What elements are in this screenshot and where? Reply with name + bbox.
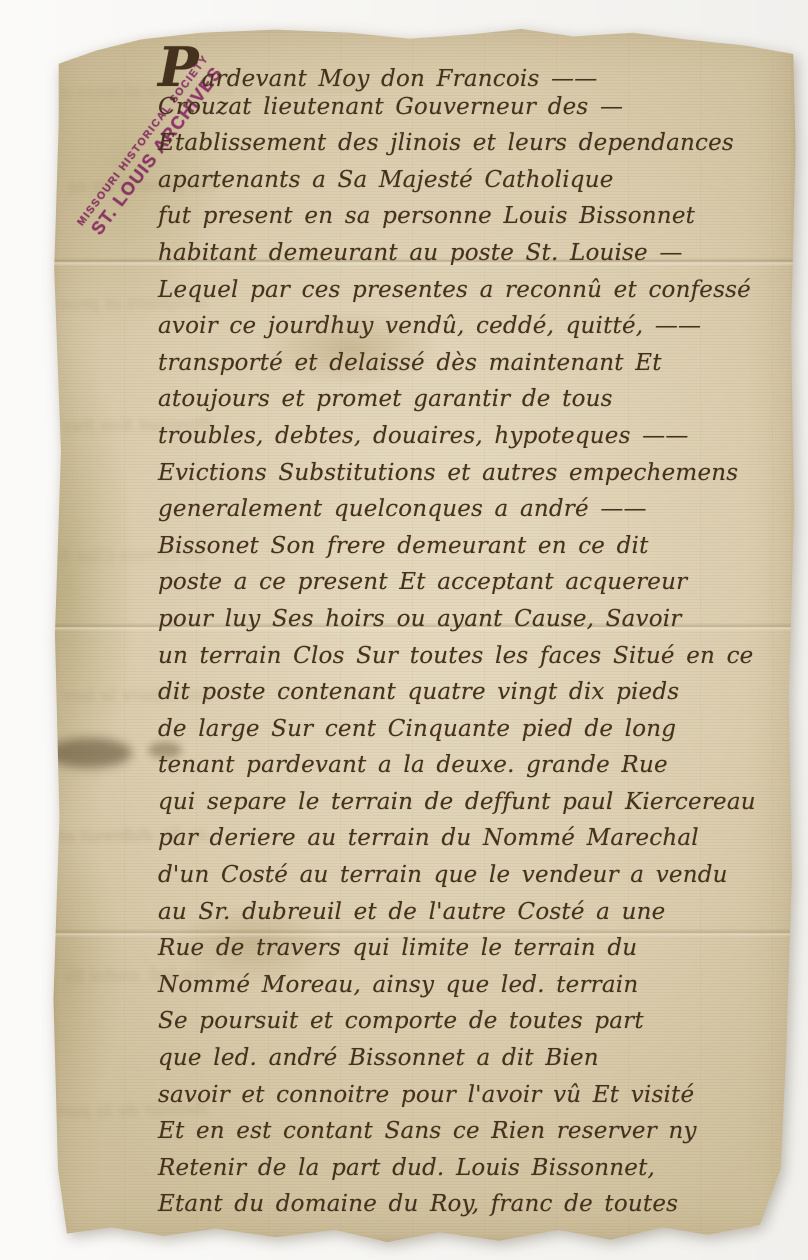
manuscript-line: generalement quelconques a andré —— [158,491,783,528]
manuscript-line: Pardevant Moy don Francois —— [158,52,783,89]
manuscript-line: avoir ce jourdhuy vendû, ceddé, quitté, … [158,308,783,345]
manuscript-line: apartenants a Sa Majesté Catholique [158,162,783,199]
manuscript-line: Bissonet Son frere demeurant en ce dit [158,528,783,565]
manuscript-line: au Sr. dubreuil et de l'autre Costé a un… [158,894,783,931]
paper-shadow-wrap: Etablissement des jlinois et leurs depen… [0,0,808,1260]
scan-background: Etablissement des jlinois et leurs depen… [0,0,808,1260]
manuscript-line: tenant pardevant a la deuxe. grande Rue [158,747,783,784]
manuscript-line: Etablissement des jlinois et leurs depen… [158,125,783,162]
manuscript-line: poste a ce present Et acceptant acquereu… [158,564,783,601]
manuscript-line: par deriere au terrain du Nommé Marechal [158,820,783,857]
manuscript-line: Evictions Substitutions et autres empech… [158,455,783,492]
manuscript-line: de large Sur cent Cinquante pied de long [158,711,783,748]
manuscript-line: Etant du domaine du Roy, franc de toutes [158,1186,783,1223]
manuscript-line: Crouzat lieutenant Gouverneur des — [158,89,783,126]
manuscript-line: transporté et delaissé dès maintenant Et [158,345,783,382]
ink-smudge [46,738,132,768]
manuscript-line: Se poursuit et comporte de toutes part [158,1003,783,1040]
manuscript-line: savoir et connoitre pour l'avoir vû Et v… [158,1077,783,1114]
manuscript-line: troubles, debtes, douaires, hypoteques —… [158,418,783,455]
manuscript-line: que led. andré Bissonnet a dit Bien [158,1040,783,1077]
manuscript-page: Etablissement des jlinois et leurs depen… [52,26,797,1242]
manuscript-line: fut present en sa personne Louis Bissonn… [158,198,783,235]
manuscript-line: Nommé Moreau, ainsy que led. terrain [158,967,783,1004]
manuscript-line: Retenir de la part dud. Louis Bissonnet, [158,1150,783,1187]
manuscript-line: un terrain Clos Sur toutes les faces Sit… [158,638,783,675]
manuscript-line: Et en est contant Sans ce Rien reserver … [158,1113,783,1150]
manuscript-line: habitant demeurant au poste St. Louise — [158,235,783,272]
manuscript-line: d'un Costé au terrain que le vendeur a v… [158,857,783,894]
manuscript-line: qui separe le terrain de deffunt paul Ki… [158,784,783,821]
manuscript-line: pour luy Ses hoirs ou ayant Cause, Savoi… [158,601,783,638]
manuscript-line: Rue de travers qui limite le terrain du [158,930,783,967]
manuscript-line: Lequel par ces presentes a reconnû et co… [158,272,783,309]
manuscript-text-block: Pardevant Moy don Francois —— Crouzat li… [158,52,783,1223]
manuscript-line: atoujours et promet garantir de tous [158,381,783,418]
manuscript-line: dit poste contenant quatre vingt dix pie… [158,674,783,711]
